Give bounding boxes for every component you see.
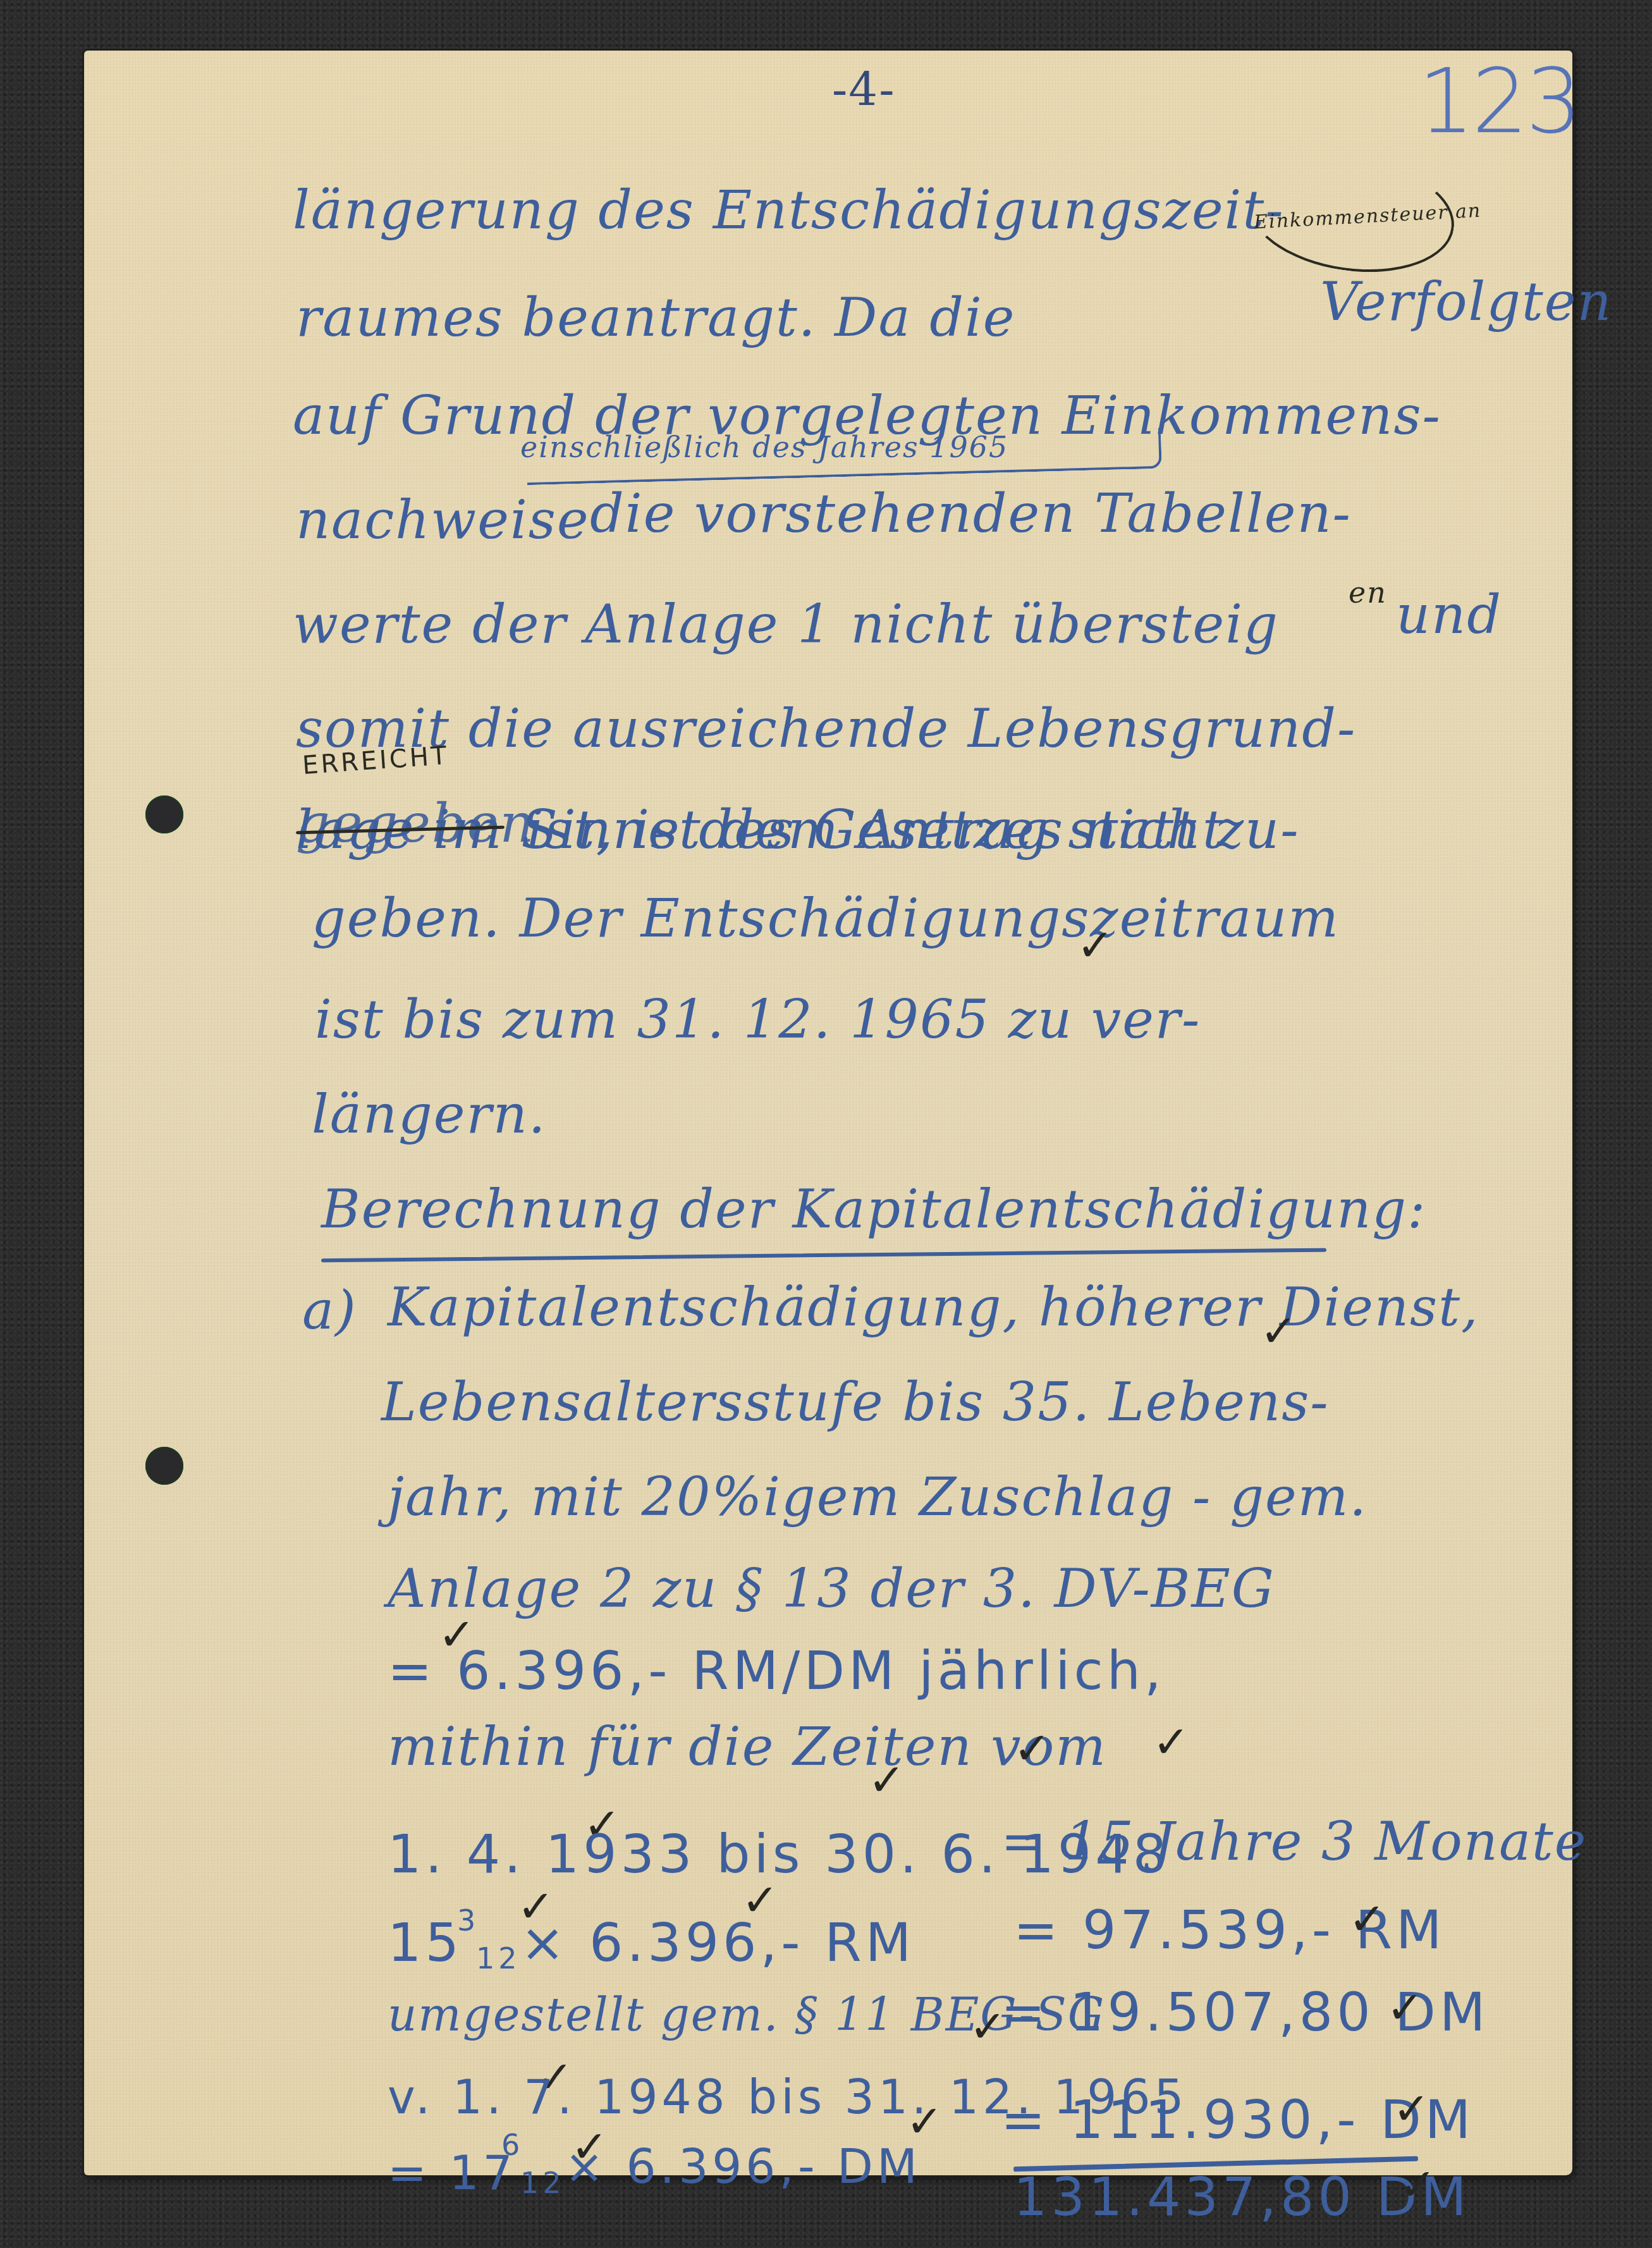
insert-mark-loop: [1240, 144, 1462, 285]
body-line-4-start: nachweise: [296, 493, 590, 546]
body-line-9: geben. Der Entschädigungszeitraum: [312, 892, 1340, 945]
section-heading-underline: [321, 1248, 1326, 1263]
check-mark: ✓: [906, 2099, 943, 2144]
section-a-line-6: mithin für die Zeiten vom: [388, 1720, 1107, 1773]
struck-word-gegeben: gegeben: [296, 797, 535, 850]
period1-fraction-whole: 15: [388, 1916, 463, 1969]
check-mark: ✓: [1260, 1309, 1297, 1353]
period1-fraction-num: 3: [457, 1903, 479, 1938]
correction-en: en: [1349, 575, 1387, 610]
section-a-line-4: Anlage 2 zu § 13 der 3. DV-BEG: [388, 1562, 1275, 1615]
section-a-line-2: Lebensaltersstufe bis 35. Lebens-: [381, 1375, 1330, 1428]
section-a-line-1: Kapitalentschädigung, höherer Dienst,: [388, 1281, 1479, 1334]
period1-duration: = 15 Jahre 3 Monate: [1001, 1815, 1587, 1868]
body-line-4-end: die vorstehenden Tabellen-: [590, 487, 1352, 540]
check-mark: ✓: [1399, 2163, 1436, 2207]
check-mark: ✓: [1153, 1720, 1190, 1764]
folio-number: 123: [1418, 51, 1579, 154]
body-line-11: längern.: [312, 1088, 546, 1141]
body-line-2-start: raumes beantragt. Da die: [296, 291, 1016, 344]
body-line-2-end: Verfolgten: [1320, 275, 1613, 328]
check-mark: ✓: [1386, 1986, 1424, 2030]
page-number: -4-: [832, 63, 895, 116]
body-line-5-start: werte der Anlage 1 nicht übersteig: [293, 598, 1279, 651]
section-a-line-5: = 6.396,- RM/DM jährlich,: [388, 1644, 1165, 1697]
period2-fraction-whole: = 17: [388, 2150, 517, 2197]
body-line-1: längerung des Entschädigungszeit-: [293, 183, 1285, 236]
punch-hole-top: [145, 795, 183, 833]
check-mark: ✓: [742, 1878, 779, 1922]
period1-multiplier: × 6.396,- RM: [520, 1916, 915, 1969]
punch-hole-bottom: [145, 1447, 183, 1485]
document-page: -4- 123 längerung des Entschädigungszeit…: [84, 51, 1572, 2175]
section-a-label: a): [302, 1284, 357, 1337]
body-line-6: somit die ausreichende Lebensgrund-: [296, 702, 1356, 755]
check-mark: ✓: [1013, 1726, 1051, 1771]
period2-multiplier: × 6.396,- DM: [565, 2144, 921, 2190]
check-mark: ✓: [868, 1758, 905, 1802]
section-heading: Berechnung der Kapitalentschädigung:: [321, 1182, 1426, 1236]
check-mark: ✓: [1077, 923, 1114, 967]
body-line-5-end: und: [1396, 588, 1502, 641]
check-mark: ✓: [1393, 2087, 1430, 2131]
body-line-8-end: ist, ist dem Antrag statt zu-: [527, 803, 1300, 856]
period2-fraction-den: 12: [520, 2166, 565, 2200]
body-line-10: ist bis zum 31. 12. 1965 zu ver-: [315, 993, 1201, 1046]
period2-fraction-num: 6: [501, 2128, 523, 2162]
section-a-line-3: jahr, mit 20%igem Zuschlag - gem.: [388, 1470, 1367, 1523]
period1-fraction-den: 12: [476, 1941, 521, 1975]
check-mark: ✓: [1349, 1897, 1386, 1941]
